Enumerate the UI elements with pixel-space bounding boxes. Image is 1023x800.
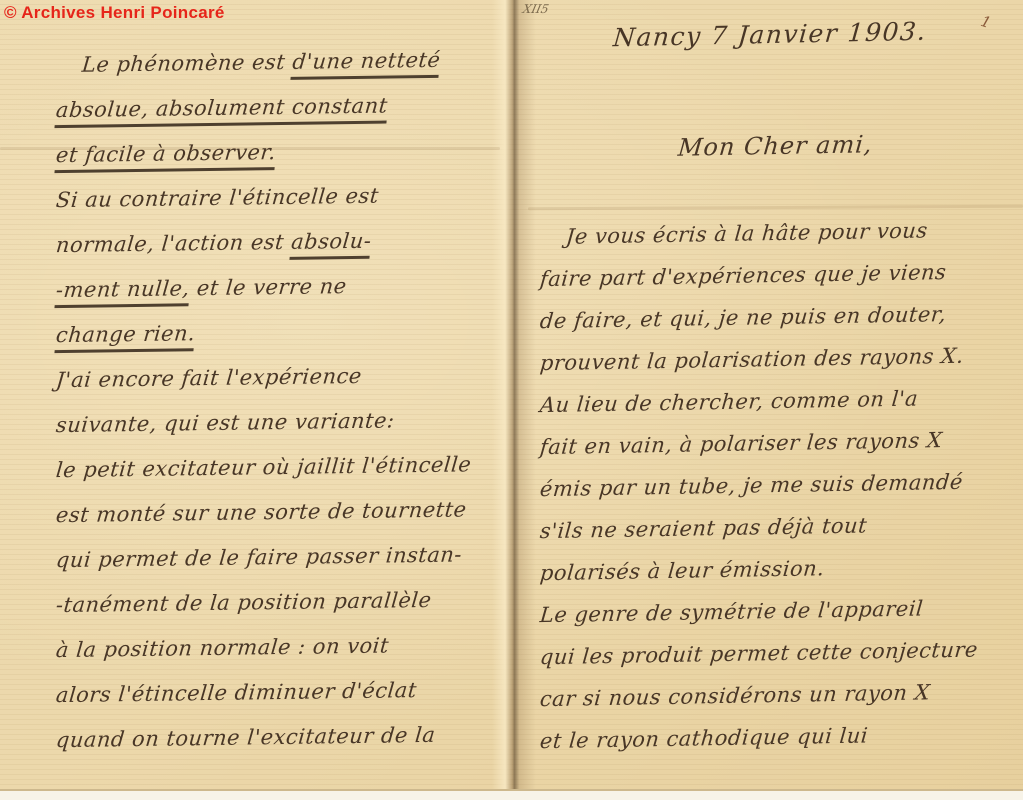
handwriting-line: quand on tourne l'excitateur de la [54, 712, 510, 763]
handwriting-line: change rien. [54, 307, 510, 358]
underlined-text: absolu- [290, 229, 373, 260]
handwritten-text: Si au contraire l'étincelle est [55, 184, 380, 213]
handwriting-line: qui permet de le faire passer instan- [54, 532, 510, 583]
left-page: Le phénomène est d'une nettetéabsolue, a… [56, 40, 508, 760]
handwritten-text: le petit excitateur où jaillit l'étincel… [55, 452, 472, 482]
handwriting-line: normale, l'action est absolu- [54, 217, 510, 268]
handwritten-text: polarisés à leur émission. [539, 556, 826, 585]
handwritten-text: Le phénomène est [81, 50, 294, 77]
handwritten-text: et le verre ne [189, 274, 348, 300]
handwriting-line: et le rayon cathodique qui lui [538, 712, 1020, 762]
handwritten-text: J'ai encore fait l'expérience [55, 364, 363, 392]
handwritten-text: -tanément de la position parallèle [55, 588, 433, 617]
underlined-text: d'une netteté [291, 48, 442, 80]
right-page: Je vous écris à la hâte pour vousfaire p… [540, 212, 1018, 758]
handwritten-text: émis par un tube, je me suis demandé [539, 470, 964, 501]
handwriting-line: absolue, absolument constant [54, 82, 510, 133]
handwriting-line: J'ai encore fait l'expérience [54, 352, 510, 403]
handwriting-line: -ment nulle, et le verre ne [54, 262, 510, 313]
handwriting-line: est monté sur une sorte de tournette [54, 487, 510, 538]
handwriting-line: -tanément de la position parallèle [54, 577, 510, 628]
handwritten-text: et le rayon cathodique qui lui [539, 723, 869, 753]
underlined-text: change rien. [54, 321, 196, 353]
handwriting-line: le petit excitateur où jaillit l'étincel… [54, 442, 510, 493]
handwritten-text: alors l'étincelle diminuer d'éclat [55, 678, 418, 707]
underlined-text: absolue, absolument constant [54, 94, 388, 129]
handwritten-text: Au lieu de chercher, comme on l'a [539, 387, 919, 418]
handwritten-text: prouvent la polarisation des rayons X. [539, 344, 965, 375]
handwritten-text: est monté sur une sorte de tournette [55, 497, 468, 527]
underlined-text: -ment nulle, [54, 276, 190, 308]
handwritten-text: de faire, et qui, je ne puis en douter, [539, 302, 947, 333]
handwriting-line: suivante, qui est une variante: [54, 397, 510, 448]
handwritten-text: Le genre de symétrie de l'appareil [539, 596, 924, 627]
handwritten-text: suivante, qui est une variante: [55, 408, 396, 437]
handwritten-text: à la position normale : on voit [55, 633, 390, 662]
archival-mark: XII5 [522, 2, 551, 16]
copyright-watermark: © Archives Henri Poincaré [4, 3, 225, 23]
handwriting-line: à la position normale : on voit [54, 622, 510, 673]
handwritten-text: normale, l'action est [55, 230, 292, 257]
handwriting-line: alors l'étincelle diminuer d'éclat [54, 667, 510, 718]
handwritten-text: qui les produit permet cette conjecture [539, 638, 979, 670]
underlined-text: et facile à observer. [54, 140, 277, 173]
handwritten-text: quand on tourne l'excitateur de la [55, 723, 436, 752]
salutation: Mon Cher ami, [677, 130, 874, 161]
handwritten-text: s'ils ne seraient pas déjà tout [539, 513, 868, 543]
handwriting-line: Le phénomène est d'une netteté [54, 37, 510, 88]
scan-bottom-edge [0, 789, 1023, 800]
handwritten-text: Je vous écris à la hâte pour vous [565, 218, 929, 248]
handwriting-line: Si au contraire l'étincelle est [54, 172, 510, 223]
handwritten-text: faire part d'expériences que je viens [539, 260, 948, 291]
handwritten-text: qui permet de le faire passer instan- [55, 542, 463, 572]
handwriting-line: et facile à observer. [54, 127, 510, 178]
handwritten-text: fait en vain, à polariser les rayons X [539, 428, 944, 459]
handwritten-text: car si nous considérons un rayon X [539, 680, 931, 711]
